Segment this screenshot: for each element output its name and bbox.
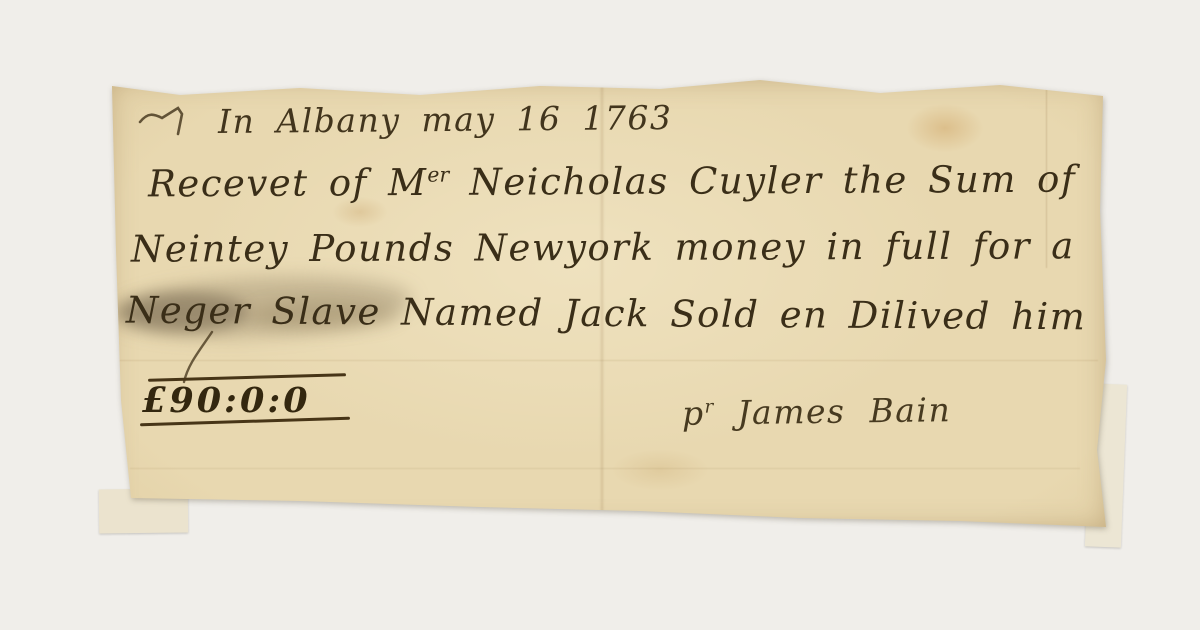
scan-background: In Albany may 16 1763 Recevet of Mer Nei… xyxy=(0,0,1200,630)
fold-crease-horizontal xyxy=(118,360,1098,361)
receipt-line-received: Recevet of Mer Neicholas Cuyler the Sum … xyxy=(148,158,1076,206)
ink-scribble-icon xyxy=(138,100,208,140)
line2-superscript: er xyxy=(427,163,449,187)
signature-line: pr James Bain xyxy=(682,390,952,433)
amount-value: £90:0:0 xyxy=(142,380,311,421)
signature-name: James Bain xyxy=(713,390,951,432)
receipt-line-sum: Neintey Pounds Newyork money in full for… xyxy=(131,224,1075,270)
receipt-dateline: In Albany may 16 1763 xyxy=(218,98,673,141)
receipt-line-subject: Neger Slave Named Jack Sold en Dilived h… xyxy=(126,289,1087,339)
signature-per-abbrev: p xyxy=(682,394,705,433)
fold-crease-horizontal-lower xyxy=(130,468,1080,469)
line2-text-pre: Recevet of M xyxy=(148,161,428,205)
line2-text-post: Neicholas Cuyler the Sum of xyxy=(449,158,1076,204)
